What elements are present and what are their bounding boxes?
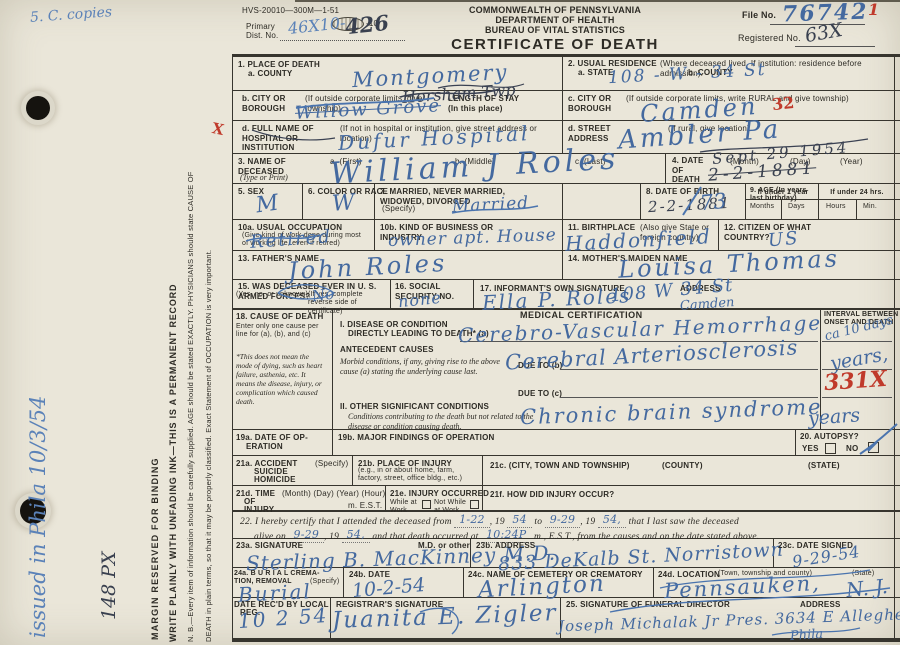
certify-text-3: to xyxy=(534,517,542,527)
field-18-note1: Enter only one cause per line for (a), (… xyxy=(236,323,324,340)
div-hours-min xyxy=(856,199,857,219)
field-1b-label: b. CITY OR BOROUGH xyxy=(242,94,302,113)
field-3-paren: (Type or Print) xyxy=(240,173,288,183)
certify-text-1: 22. I hereby certify that I attended the… xyxy=(240,517,452,527)
ssn-value: none xyxy=(397,290,442,310)
div-11-12 xyxy=(718,219,719,250)
under-24h-label: If under 24 hrs. xyxy=(822,189,892,197)
field-24a-paren: (Specify) xyxy=(310,578,339,586)
div-19b-20 xyxy=(795,429,796,455)
code-331x: 331X xyxy=(823,368,887,394)
morbid-note: Morbid conditions, if any, giving rise t… xyxy=(340,357,505,376)
date-received-value: 10 2 54 xyxy=(237,605,329,631)
field-7-paren: (Specify) xyxy=(382,204,415,214)
certificate-title: CERTIFICATE OF DEATH xyxy=(395,36,715,54)
margin-binding-note: MARGIN RESERVED FOR BINDING xyxy=(150,457,160,640)
div-21a-21b xyxy=(352,455,353,485)
cemetery-state-value: N. J. xyxy=(845,576,889,600)
field-19a-label2: ERATION xyxy=(246,442,283,452)
primary-dist-rule xyxy=(280,39,405,41)
certify-text-5: that I last saw the deceased xyxy=(629,517,739,527)
file-no-label: File No. xyxy=(742,10,776,21)
primary-dist-value-2: 426 xyxy=(344,12,390,37)
line-interval-c xyxy=(822,397,892,398)
autopsy-yes-label: YES xyxy=(802,444,819,454)
residence-city-code: 32 xyxy=(771,95,795,113)
field-21d-est: m. E.S.T. xyxy=(348,501,382,511)
margin-permanent-record-note: WRITE PLAINLY WITH UNFADING INK—THIS IS … xyxy=(168,284,178,642)
div-u1-u2 xyxy=(818,183,819,219)
autopsy-yes-checkbox[interactable] xyxy=(825,443,836,454)
rule-j-k xyxy=(232,455,900,456)
field-21d-paren: (Month) (Day) (Year) (Hour) xyxy=(282,489,385,499)
div-age-u1 xyxy=(745,183,746,219)
rule-l-m xyxy=(232,510,900,512)
certify-text-4: , 19 xyxy=(580,517,595,527)
attended-to-year: 54, xyxy=(598,513,626,528)
border-left xyxy=(232,54,233,642)
race-value: W xyxy=(331,192,355,216)
field-18-label: 18. CAUSE OF DEATH xyxy=(236,312,323,322)
file-no-mark: 1 xyxy=(868,2,879,18)
div-24b-24c xyxy=(463,567,464,597)
autopsy-no-label: NO xyxy=(846,444,858,454)
days-label: Days xyxy=(788,203,805,211)
line-interval-a xyxy=(822,341,892,342)
antecedent-label: ANTECEDENT CAUSES xyxy=(340,345,434,355)
field-21c-state: (STATE) xyxy=(808,461,840,471)
funeral-director-city: Phila xyxy=(790,628,824,643)
certify-statement: 22. I hereby certify that I attended the… xyxy=(240,514,892,544)
div-1-2a xyxy=(562,54,563,153)
div-24c-24d xyxy=(653,567,654,597)
field-21d-label: 21d. TIME xyxy=(236,489,275,499)
div-25a-25b xyxy=(330,597,331,638)
div-15-16 xyxy=(390,279,391,308)
field-21a-label3: HOMICIDE xyxy=(254,475,296,485)
other-conditions-value: Chronic brain syndrome xyxy=(520,397,823,429)
field-4-year-label: (Year) xyxy=(840,157,863,167)
red-x-mark: X xyxy=(211,121,226,138)
header-rule xyxy=(232,54,900,57)
while-at-work-checkbox[interactable] xyxy=(422,500,431,509)
rule-e-f xyxy=(232,219,900,220)
field-21f-label: 21f. HOW DID INJURY OCCUR? xyxy=(490,490,614,500)
interval-other-value: years xyxy=(807,406,860,429)
date-of-death-struck: 2-2-1881 xyxy=(708,160,817,185)
other-conditions-note: Conditions contributing to the death but… xyxy=(348,412,548,431)
attended-from-year: 54 xyxy=(507,513,531,528)
business-value: owner apt. House xyxy=(388,227,557,250)
field-2c-label: c. CITY OR BOROUGH xyxy=(568,94,623,113)
dist-no-label: Dist. No. xyxy=(246,31,278,41)
bureau-line: BUREAU OF VITAL STATISTICS xyxy=(405,25,705,36)
punch-hole-top xyxy=(26,96,50,120)
div-dob-age xyxy=(640,183,641,219)
field-21c-label: 21c. (CITY, TOWN AND TOWNSHIP) xyxy=(490,461,630,471)
margin-copies-note: 5. C. copies xyxy=(30,5,113,25)
border-right xyxy=(894,54,895,642)
div-10a-10b xyxy=(374,219,375,250)
other-conditions-label: II. OTHER SIGNIFICANT CONDITIONS xyxy=(340,402,489,412)
registered-no-value: 63X xyxy=(804,21,844,46)
armed-forces-value: No xyxy=(311,287,335,305)
rule-k-l xyxy=(232,485,900,486)
field-21b-paren: (e.g., in or about home, farm, factory, … xyxy=(358,467,473,484)
stamp-code-148: 148 PX xyxy=(100,551,119,620)
field-2d-label: d. STREET ADDRESS xyxy=(568,124,618,143)
margin-nb-note-line1: N. B.—Every item of information should b… xyxy=(186,171,195,642)
last-seen-year: 54, xyxy=(342,528,370,543)
div-1-2b xyxy=(562,183,563,279)
field-23b-label: 23b. ADDRESS xyxy=(476,541,535,551)
sex-value: M xyxy=(255,193,280,218)
due-to-c-label: DUE TO (c) xyxy=(518,389,562,399)
field-20-label: 20. AUTOPSY? xyxy=(800,432,859,442)
months-label: Months xyxy=(750,203,774,211)
certify-text-2: , 19 xyxy=(490,517,505,527)
field-1a-label: a. COUNTY xyxy=(248,69,292,79)
funeral-director-value: Joseph Michalak Jr Pres. 3634 E Alleghen… xyxy=(558,607,900,635)
marital-value: Married xyxy=(452,195,530,216)
primary-dist-value-1: 46X10- xyxy=(287,15,346,37)
certify-text-7: , 19 xyxy=(324,532,339,542)
div-sex-race xyxy=(302,183,303,219)
field-21e-label: 21e. INJURY OCCURRED xyxy=(390,489,489,499)
div-18-med xyxy=(332,308,333,429)
min-label: Min. xyxy=(863,203,877,211)
registered-no-rule xyxy=(795,46,875,47)
death-certificate-scan: 5. C. copies MARGIN RESERVED FOR BINDING… xyxy=(0,0,900,645)
attended-to-value: 9-29 xyxy=(545,513,581,528)
rule-a-b xyxy=(232,90,900,91)
div-name-date xyxy=(665,153,666,183)
autopsy-no-checkbox[interactable] xyxy=(868,442,879,453)
informant-address-city: Camden xyxy=(680,296,735,313)
field-25c-label: 25. SIGNATURE OF FUNERAL DIRECTOR xyxy=(566,600,730,610)
not-while-at-work-checkbox[interactable] xyxy=(470,500,479,509)
field-1d-label: d. FULL NAME OF HOSPITAL OR INSTITUTION xyxy=(242,124,337,153)
div-16-17 xyxy=(473,279,474,308)
registered-no-label: Registered No. xyxy=(738,33,801,44)
field-19b-label: 19b. MAJOR FINDINGS OF OPERATION xyxy=(338,433,495,443)
field-18-note2: *This does not mean the mode of dying, s… xyxy=(236,352,326,406)
field-15-paren1: (Yes, no, or unknown) xyxy=(236,291,308,299)
registrar-signature-value: Juanita E. Zigler xyxy=(332,602,558,633)
field-21c-county: (COUNTY) xyxy=(662,461,703,471)
field-21a-paren: (Specify) xyxy=(315,459,348,469)
margin-nb-note-line2: DEATH in plain terms, so that it may be … xyxy=(204,250,213,642)
under-1yr-label: If under 1 year xyxy=(752,189,814,197)
hours-label: Hours xyxy=(826,203,846,211)
attended-from-value: 1-22 xyxy=(454,513,490,528)
div-19a-19b xyxy=(332,429,333,455)
field-4-label: 4. DATE OF DEATH xyxy=(672,156,706,185)
age-value: 73 xyxy=(699,191,728,215)
issued-in-phila-note: issued in Phila 10/3/54 xyxy=(28,396,49,639)
div-21b-21c xyxy=(482,455,483,485)
